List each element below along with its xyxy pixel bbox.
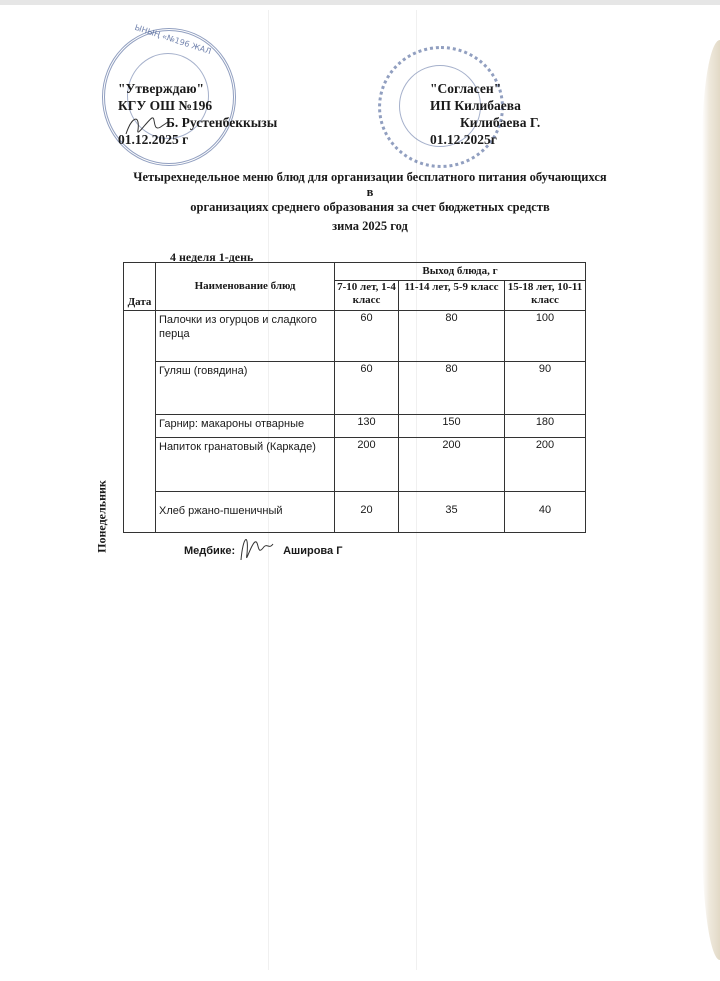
table-row: Хлеб ржано-пшеничный 20 35 40	[124, 492, 586, 533]
dish-name: Хлеб ржано-пшеничный	[156, 492, 335, 533]
agreement-heading: "Согласен"	[430, 80, 540, 97]
yield-value: 150	[399, 415, 505, 438]
yield-value: 200	[505, 438, 586, 492]
table-row: Гуляш (говядина) 60 80 90	[124, 362, 586, 415]
header-age-group-1: 7-10 лет, 1-4 класс	[335, 281, 399, 311]
yield-value: 200	[399, 438, 505, 492]
title-line-1: Четырехнедельное меню блюд для организац…	[130, 170, 610, 200]
dish-name: Гуляш (говядина)	[156, 362, 335, 415]
header-dish-name: Наименование блюд	[156, 263, 335, 311]
title-line-2: организациях среднего образования за сче…	[130, 200, 610, 215]
agreement-signatory: Килибаева Г.	[430, 114, 540, 131]
yield-value: 20	[335, 492, 399, 533]
menu-table: Дата Наименование блюд Выход блюда, г 7-…	[123, 262, 586, 533]
yield-value: 130	[335, 415, 399, 438]
signature-left	[122, 112, 172, 142]
yield-value: 80	[399, 362, 505, 415]
dish-name: Гарнир: макароны отварные	[156, 415, 335, 438]
yield-value: 60	[335, 311, 399, 362]
day-cell: Понедельник	[124, 311, 156, 533]
approval-heading: "Утверждаю"	[118, 80, 277, 97]
yield-value: 180	[505, 415, 586, 438]
dish-name: Напиток гранатовый (Каркаде)	[156, 438, 335, 492]
table-row: Гарнир: макароны отварные 130 150 180	[124, 415, 586, 438]
header-age-group-3: 15-18 лет, 10-11 класс	[505, 281, 586, 311]
header-date: Дата	[124, 263, 156, 311]
nurse-signature	[235, 538, 279, 564]
agreement-date: 01.12.2025г	[430, 131, 540, 148]
nurse-signature-block: Медбике: Аширова Г	[184, 538, 342, 564]
yield-value: 100	[505, 311, 586, 362]
header-age-group-2: 11-14 лет, 5-9 класс	[399, 281, 505, 311]
dish-name: Палочки из огурцов и сладкого перца	[156, 311, 335, 362]
approval-block-right: "Согласен" ИП Килибаева Килибаева Г. 01.…	[430, 80, 540, 148]
yield-value: 90	[505, 362, 586, 415]
header-yield: Выход блюда, г	[335, 263, 586, 281]
yield-value: 40	[505, 492, 586, 533]
agreement-org: ИП Килибаева	[430, 97, 540, 114]
top-bar	[0, 0, 720, 5]
nurse-label: Медбике:	[184, 545, 235, 557]
yield-value: 35	[399, 492, 505, 533]
table-row: Напиток гранатовый (Каркаде) 200 200 200	[124, 438, 586, 492]
title-season: зима 2025 год	[130, 219, 610, 234]
page-curl-edge	[702, 40, 720, 960]
document-title: Четырехнедельное меню блюд для организац…	[130, 170, 610, 234]
yield-value: 200	[335, 438, 399, 492]
yield-value: 80	[399, 311, 505, 362]
stamp-text: ЫНЫҢ «№196 ЖАЛ	[134, 23, 213, 56]
yield-value: 60	[335, 362, 399, 415]
table-row: Понедельник Палочки из огурцов и сладког…	[124, 311, 586, 362]
nurse-name: Аширова Г	[283, 545, 342, 557]
